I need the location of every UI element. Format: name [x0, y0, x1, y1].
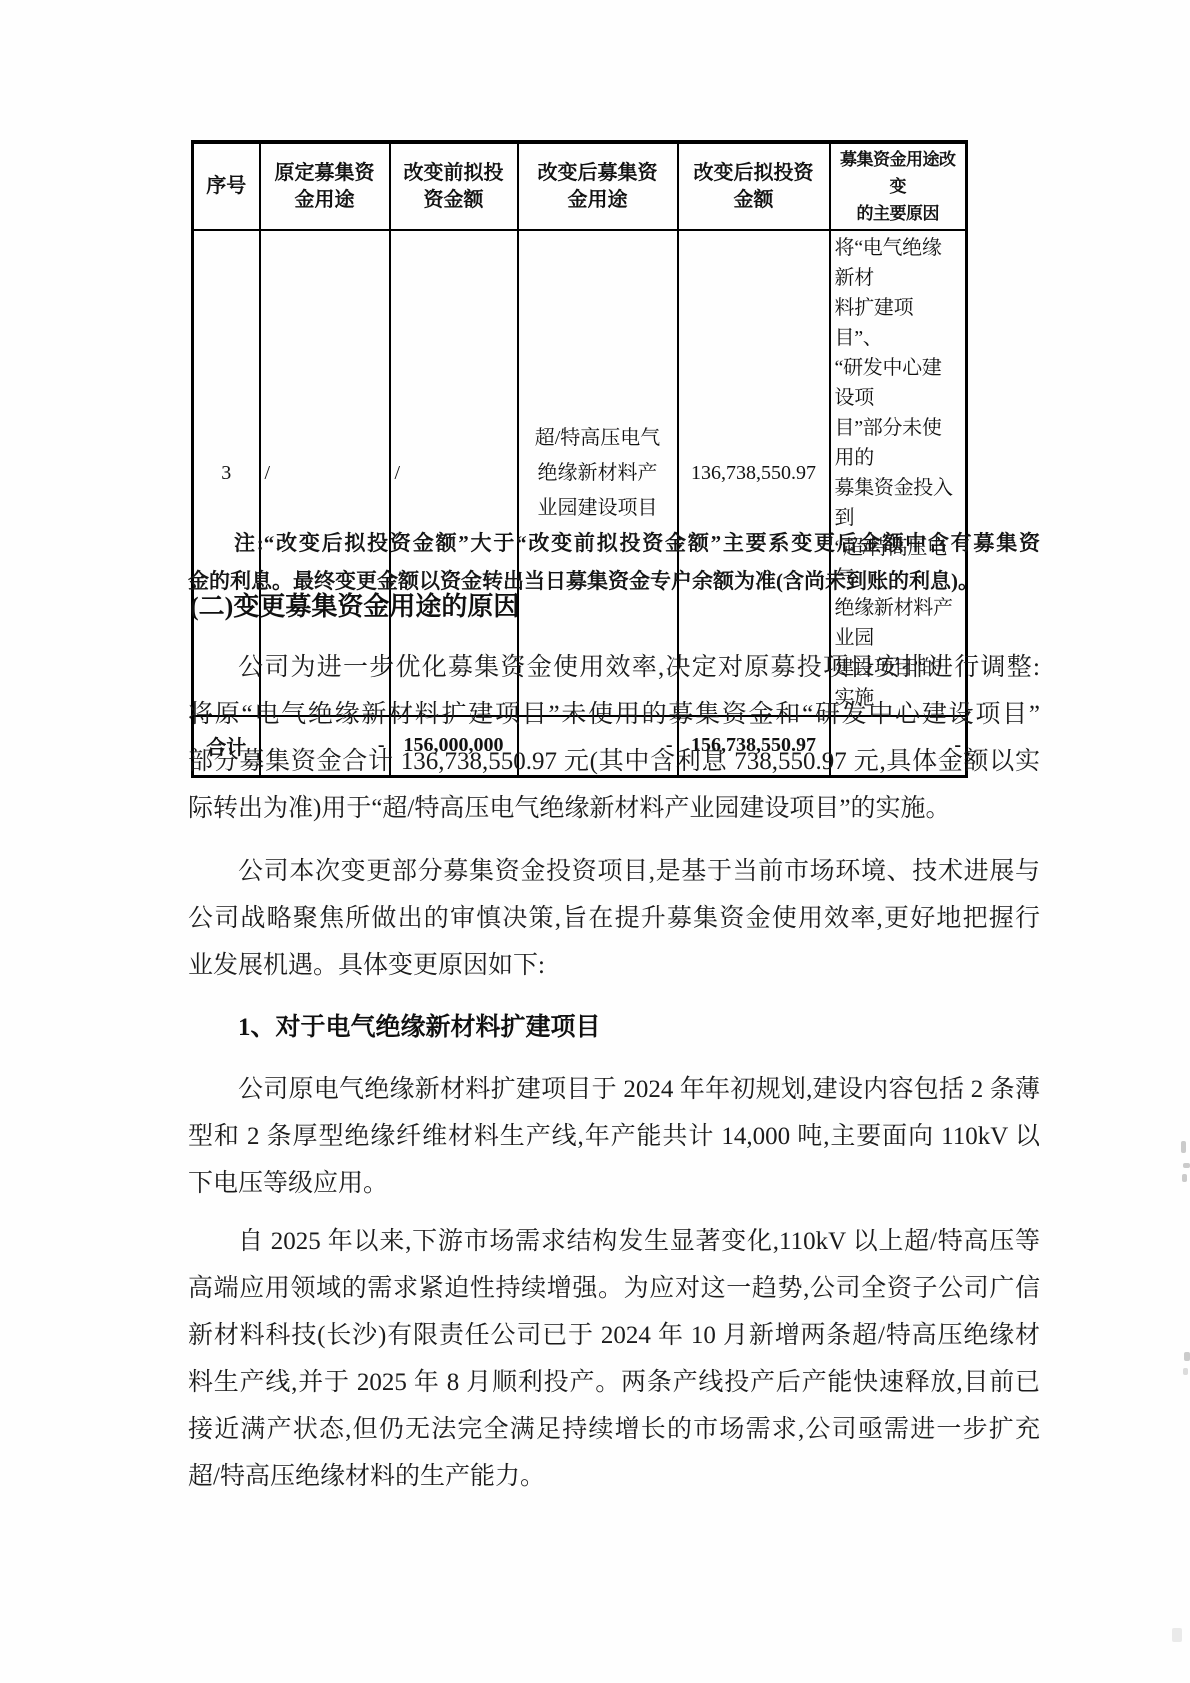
header-new-use: 改变后募集资金用途: [518, 142, 678, 230]
header-original-use: 原定募集资金用途: [260, 142, 390, 230]
text-line: 绝缘新材料产: [523, 456, 673, 491]
text-line: 序号: [198, 173, 255, 200]
text-line: 注:“改变后拟投资金额”大于“改变前拟投资金额”主要系变更后金额中含有募集资: [188, 524, 1040, 562]
scan-artifact: [1183, 1163, 1190, 1168]
text-line: 型和 2 条厚型绝缘纤维材料生产线,年产能共计 14,000 吨,主要面向 11…: [188, 1113, 1040, 1160]
text-line: 原定募集资: [265, 160, 385, 187]
text-line: 公司原电气绝缘新材料扩建项目于 2024 年年初规划,建设内容包括 2 条薄: [188, 1066, 1040, 1113]
text-line: 将原“电气绝缘新材料扩建项目”未使用的募集资金和“研发中心建设项目”: [188, 691, 1040, 738]
paragraph-4: 自 2025 年以来,下游市场需求结构发生显著变化,110kV 以上超/特高压等…: [188, 1218, 1040, 1500]
table-header-row: 序号 原定募集资金用途 改变前拟投资金额 改变后募集资金用途 改变后拟投资金额 …: [193, 142, 967, 230]
text-line: 公司战略聚焦所做出的审慎决策,旨在提升募集资金使用效率,更好地把握行: [188, 895, 1040, 942]
scan-artifact: [1183, 1368, 1188, 1375]
text-line: 将“电气绝缘新材: [835, 233, 962, 293]
text-line: 料扩建项目”、: [835, 293, 962, 353]
scan-artifact: [1182, 1174, 1187, 1182]
paragraph-3: 公司原电气绝缘新材料扩建项目于 2024 年年初规划,建设内容包括 2 条薄型和…: [188, 1066, 1040, 1207]
text-line: 金用途: [523, 187, 673, 214]
text-line: 际转出为准)用于“超/特高压电气绝缘新材料产业园建设项目”的实施。: [188, 785, 1040, 832]
text-line: 募集资金用途改变: [835, 146, 962, 200]
paragraph-1: 公司为进一步优化募集资金使用效率,决定对原募投项目安排进行调整:将原“电气绝缘新…: [188, 644, 1040, 832]
header-pre-change-amount: 改变前拟投资金额: [390, 142, 518, 230]
text-line: 超/特高压绝缘材料的生产能力。: [188, 1453, 1040, 1500]
header-change-reason: 募集资金用途改变的主要原因: [830, 142, 967, 230]
header-seq: 序号: [193, 142, 260, 230]
paragraph-2: 公司本次变更部分募集资金投资项目,是基于当前市场环境、技术进展与公司战略聚焦所做…: [188, 848, 1040, 989]
text-line: 资金额: [395, 187, 513, 214]
text-line: 改变后拟投资: [683, 160, 825, 187]
text-line: 超/特高压电气: [523, 421, 673, 456]
text-line: 自 2025 年以来,下游市场需求结构发生显著变化,110kV 以上超/特高压等: [188, 1218, 1040, 1265]
text-line: 接近满产状态,但仍无法完全满足持续增长的市场需求,公司亟需进一步扩充: [188, 1406, 1040, 1453]
text-line: “研发中心建设项: [835, 353, 962, 413]
text-line: 金额: [683, 187, 825, 214]
text-line: 高端应用领域的需求紧迫性持续增强。为应对这一趋势,公司全资子公司广信: [188, 1265, 1040, 1312]
text-line: 公司为进一步优化募集资金使用效率,决定对原募投项目安排进行调整:: [188, 644, 1040, 691]
header-post-change-amount: 改变后拟投资金额: [678, 142, 830, 230]
text-line: 目”部分未使用的: [835, 413, 962, 473]
text-line: 改变前拟投: [395, 160, 513, 187]
sub-heading-1: 1、对于电气绝缘新材料扩建项目: [238, 1004, 601, 1052]
text-line: 业发展机遇。具体变更原因如下:: [188, 942, 1040, 989]
section-heading-2: (二)变更募集资金用途的原因: [190, 583, 519, 631]
scan-artifact: [1181, 1141, 1186, 1153]
document-page: 序号 原定募集资金用途 改变前拟投资金额 改变后募集资金用途 改变后拟投资金额 …: [0, 0, 1190, 1683]
text-line: 下电压等级应用。: [188, 1160, 1040, 1207]
text-line: 料生产线,并于 2025 年 8 月顺利投产。两条产线投产后产能快速释放,目前已: [188, 1359, 1040, 1406]
text-line: 新材料科技(长沙)有限责任公司已于 2024 年 10 月新增两条超/特高压绝缘…: [188, 1312, 1040, 1359]
text-line: 金用途: [265, 187, 385, 214]
scan-artifact: [1184, 1352, 1190, 1361]
text-line: 业园建设项目: [523, 491, 673, 526]
scan-artifact: [1172, 1628, 1182, 1642]
text-line: 改变后募集资: [523, 160, 673, 187]
text-line: 公司本次变更部分募集资金投资项目,是基于当前市场环境、技术进展与: [188, 848, 1040, 895]
text-line: 的主要原因: [835, 200, 962, 227]
text-line: 部分募集资金合计 136,738,550.97 元(其中含利息 738,550.…: [188, 738, 1040, 785]
